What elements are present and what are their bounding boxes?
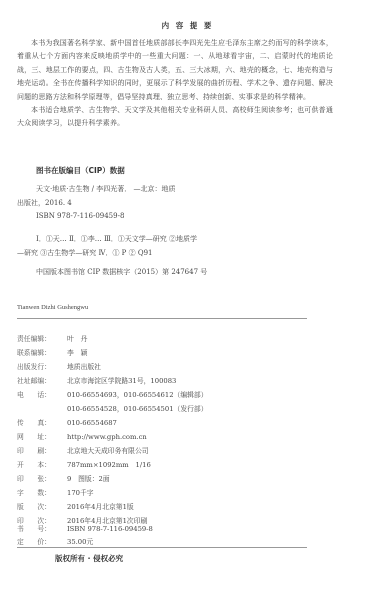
row-value: 地质出版社 xyxy=(67,361,101,371)
summary-paragraph-2: 本书适合地质学、古生物学、天文学及其他相关专业科研人员、高校师生阅读参考；也可供… xyxy=(17,104,333,131)
cip-subject-line: Ⅰ．①天… Ⅱ．①李… Ⅲ．①天文学—研究 ②地质学 xyxy=(36,234,197,244)
copyright-notice: 版权所有 · 侵权必究 xyxy=(55,553,123,564)
row-value: 170千字 xyxy=(67,487,94,497)
row-value: 叶 丹 xyxy=(67,333,87,343)
row-phone: 电 话：010-66554693，010-66554612（编辑部） xyxy=(17,389,208,399)
cip-heading: 图书在版编目（CIP）数据 xyxy=(36,165,125,176)
summary-paragraph-1: 本书为我国著名科学家、新中国首任地质部部长李四光先生应毛泽东主席之约而写的科学读… xyxy=(17,37,333,104)
row-label: 联系编辑： xyxy=(17,347,67,357)
row-value: 北京市海淀区学院路31号，100083 xyxy=(67,375,176,385)
row-label: 开 本： xyxy=(17,459,67,469)
cip-title-line: 天文·地质·古生物 / 李四光著． —北京：地质 xyxy=(36,184,175,194)
row-format: 开 本：787mm×1092mm 1/16 xyxy=(17,459,151,469)
row-price: 定 价：35.00元 xyxy=(17,536,93,546)
row-value: 010-66554693，010-66554612（编辑部） xyxy=(67,389,208,399)
row-label: 定 价： xyxy=(17,536,67,546)
cip-isbn-line: ISBN 978-7-116-09459-8 xyxy=(36,212,124,220)
row-contact-editor: 联系编辑：李 颖 xyxy=(17,347,87,357)
row-address: 社址邮编：北京市海淀区学院路31号，100083 xyxy=(17,375,176,385)
pinyin-title: Tianwen Dizhi Gushengwu xyxy=(17,304,88,311)
summary-body: 本书为我国著名科学家、新中国首任地质部部长李四光先生应毛泽东主席之约而写的科学读… xyxy=(17,37,333,131)
row-value: 010-66554528，010-66554501（发行部） xyxy=(67,403,208,413)
cip-publisher-line: 出版社，2016. 4 xyxy=(17,198,72,208)
row-label: 印 刷： xyxy=(17,445,67,455)
row-value: 010-66554687 xyxy=(67,419,117,427)
row-editor: 责任编辑：叶 丹 xyxy=(17,333,87,343)
row-word-count: 字 数：170千字 xyxy=(17,487,94,497)
row-edition: 版 次：2016年4月北京第1版 xyxy=(17,501,134,511)
row-label: 书 号： xyxy=(17,523,67,533)
row-value: 北京地大天成印务有限公司 xyxy=(67,445,149,455)
row-label: 出版发行： xyxy=(17,361,67,371)
row-printer: 印 刷：北京地大天成印务有限公司 xyxy=(17,445,149,455)
row-value: 787mm×1092mm 1/16 xyxy=(67,459,151,469)
divider-top xyxy=(17,318,307,319)
summary-title: 内 容 提 要 xyxy=(0,20,375,31)
row-fax: 传 真：010-66554687 xyxy=(17,417,117,427)
row-label: 印 张： xyxy=(17,473,67,483)
row-value: 35.00元 xyxy=(67,536,93,546)
row-value: 李 颖 xyxy=(67,347,87,357)
row-label: 责任编辑： xyxy=(17,333,67,343)
row-website: 网 址：http://www.gph.com.cn xyxy=(17,431,147,441)
row-label: 社址邮编： xyxy=(17,375,67,385)
row-sheets: 印 张：9 图版：2面 xyxy=(17,473,110,483)
row-label: 电 话： xyxy=(17,389,67,399)
row-value: http://www.gph.com.cn xyxy=(67,433,147,441)
row-label: 版 次： xyxy=(17,501,67,511)
row-value: 9 图版：2面 xyxy=(67,473,110,483)
row-label: 传 真： xyxy=(17,417,67,427)
row-publisher: 出版发行：地质出版社 xyxy=(17,361,101,371)
divider-bottom xyxy=(17,547,307,548)
row-value: ISBN 978-7-116-09459-8 xyxy=(67,525,153,533)
row-phone-2: 010-66554528，010-66554501（发行部） xyxy=(17,403,208,413)
row-isbn: 书 号：ISBN 978-7-116-09459-8 xyxy=(17,523,153,533)
cip-subject-line-2: —研究 ③古生物学—研究 Ⅳ．① P ② Q91 xyxy=(17,248,152,258)
cip-record-number: 中国版本图书馆 CIP 数据核字（2015）第 247647 号 xyxy=(36,267,207,277)
row-label: 网 址： xyxy=(17,431,67,441)
row-value: 2016年4月北京第1版 xyxy=(67,501,134,511)
row-label: 字 数： xyxy=(17,487,67,497)
